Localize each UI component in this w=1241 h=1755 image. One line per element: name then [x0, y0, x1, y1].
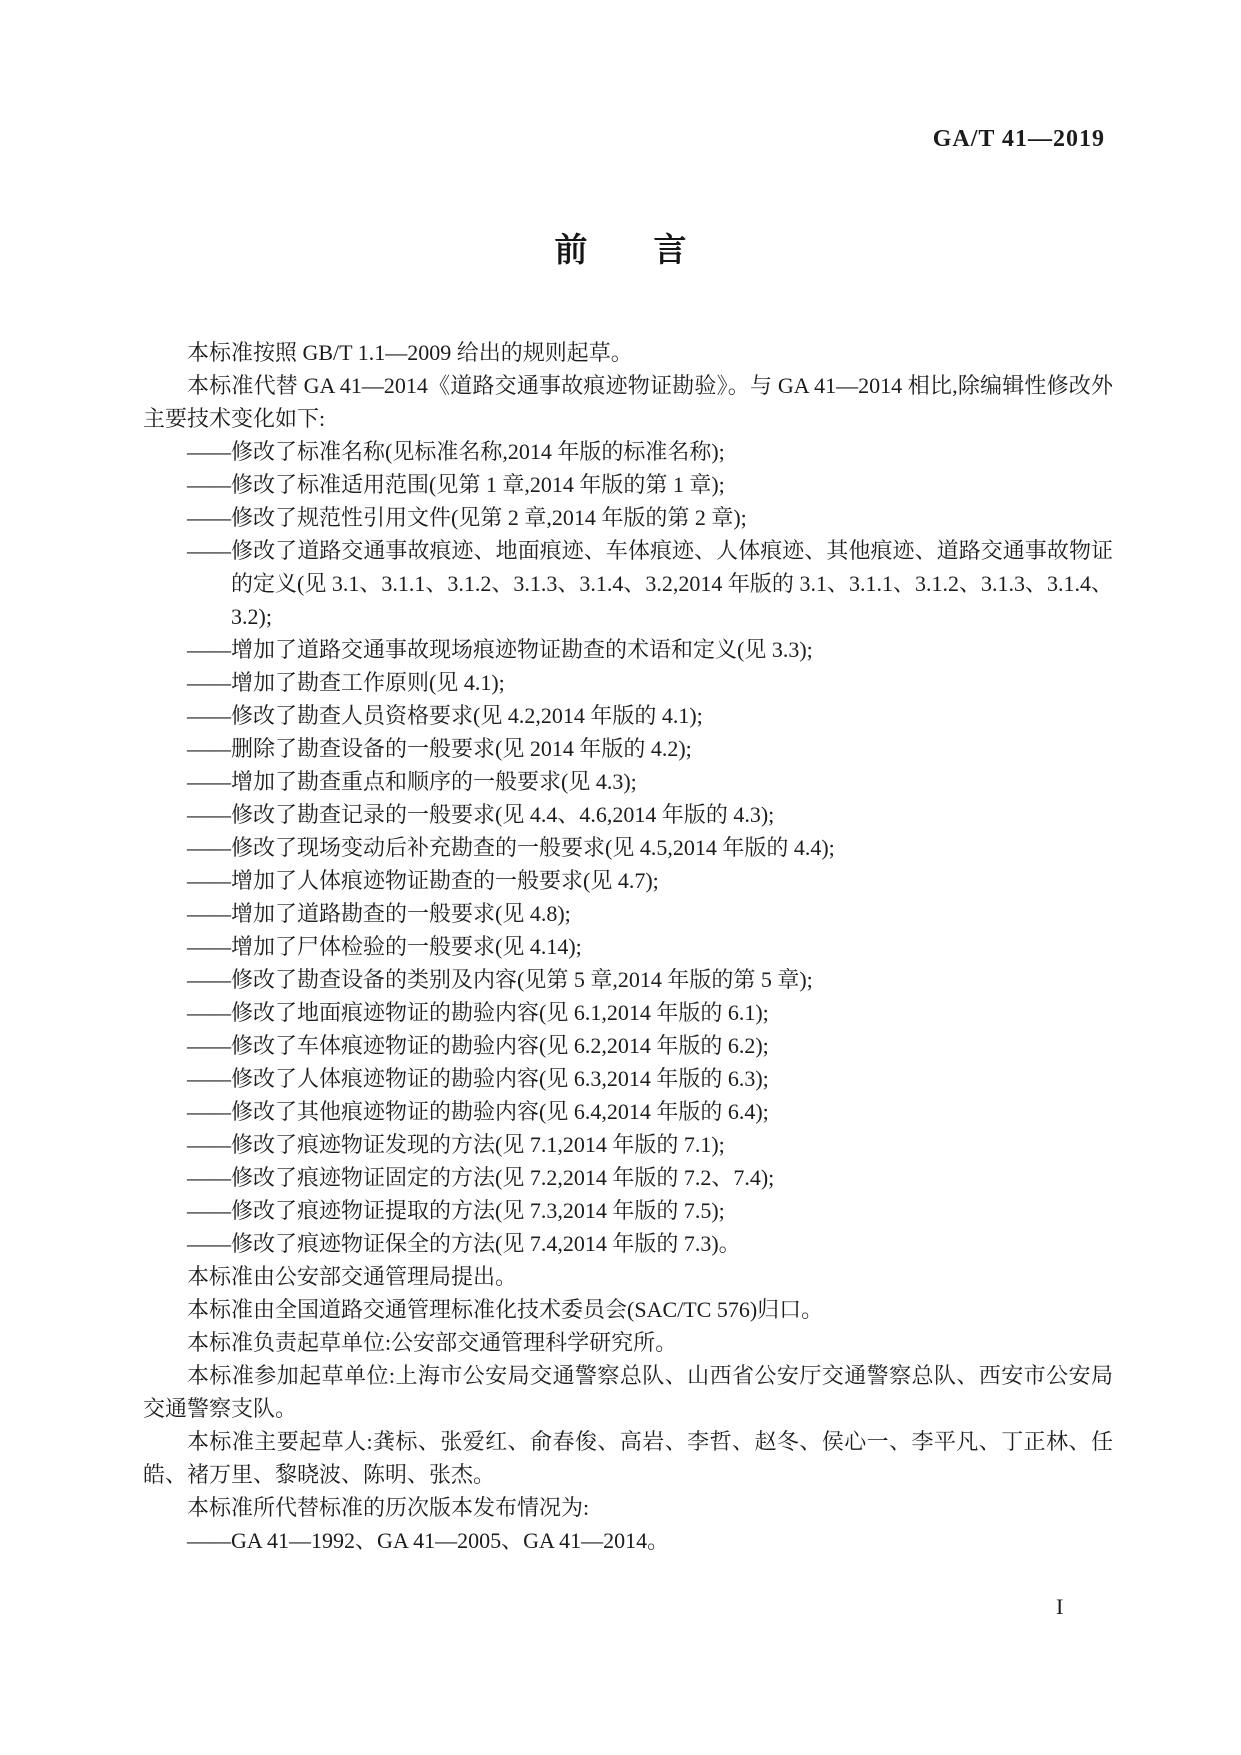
paragraph: 本标准代替 GA 41—2014《道路交通事故痕迹物证勘验》。与 GA 41—2… — [143, 369, 1113, 435]
dash-item: ——修改了痕迹物证提取的方法(见 7.3,2014 年版的 7.5); — [143, 1194, 1113, 1227]
dash-item: ——修改了痕迹物证保全的方法(见 7.4,2014 年版的 7.3)。 — [143, 1227, 1113, 1260]
dash-item: ——修改了现场变动后补充勘查的一般要求(见 4.5,2014 年版的 4.4); — [143, 831, 1113, 864]
page-number: I — [1056, 1594, 1063, 1620]
dash-item: ——修改了勘查人员资格要求(见 4.2,2014 年版的 4.1); — [143, 699, 1113, 732]
dash-item: ——修改了勘查设备的类别及内容(见第 5 章,2014 年版的第 5 章); — [143, 963, 1113, 996]
dash-item: ——修改了人体痕迹物证的勘验内容(见 6.3,2014 年版的 6.3); — [143, 1062, 1113, 1095]
foreword-title: 前 言 — [0, 230, 1241, 270]
dash-item: ——增加了道路勘查的一般要求(见 4.8); — [143, 897, 1113, 930]
dash-item: ——增加了勘查工作原则(见 4.1); — [143, 666, 1113, 699]
dash-item: ——删除了勘查设备的一般要求(见 2014 年版的 4.2); — [143, 732, 1113, 765]
dash-item: ——GA 41—1992、GA 41—2005、GA 41—2014。 — [143, 1524, 1113, 1557]
dash-item: ——修改了规范性引用文件(见第 2 章,2014 年版的第 2 章); — [143, 501, 1113, 534]
foreword-body: 本标准按照 GB/T 1.1—2009 给出的规则起草。本标准代替 GA 41—… — [143, 336, 1113, 1557]
dash-item: ——修改了车体痕迹物证的勘验内容(见 6.2,2014 年版的 6.2); — [143, 1029, 1113, 1062]
paragraph: 本标准由全国道路交通管理标准化技术委员会(SAC/TC 576)归口。 — [143, 1293, 1113, 1326]
dash-item: ——增加了尸体检验的一般要求(见 4.14); — [143, 930, 1113, 963]
dash-item: ——增加了道路交通事故现场痕迹物证勘查的术语和定义(见 3.3); — [143, 633, 1113, 666]
document-page: GA/T 41—2019 前 言 本标准按照 GB/T 1.1—2009 给出的… — [0, 0, 1241, 1755]
paragraph: 本标准按照 GB/T 1.1—2009 给出的规则起草。 — [143, 336, 1113, 369]
dash-item: ——修改了地面痕迹物证的勘验内容(见 6.1,2014 年版的 6.1); — [143, 996, 1113, 1029]
paragraph: 本标准所代替标准的历次版本发布情况为: — [143, 1491, 1113, 1524]
standard-number: GA/T 41—2019 — [933, 126, 1105, 153]
dash-item: ——修改了痕迹物证固定的方法(见 7.2,2014 年版的 7.2、7.4); — [143, 1161, 1113, 1194]
paragraph: 本标准主要起草人:龚标、张爱红、俞春俊、高岩、李哲、赵冬、侯心一、李平凡、丁正林… — [143, 1425, 1113, 1491]
dash-item: ——修改了标准适用范围(见第 1 章,2014 年版的第 1 章); — [143, 468, 1113, 501]
dash-item: ——增加了人体痕迹物证勘查的一般要求(见 4.7); — [143, 864, 1113, 897]
paragraph: 本标准参加起草单位:上海市公安局交通警察总队、山西省公安厅交通警察总队、西安市公… — [143, 1359, 1113, 1425]
dash-item: ——修改了道路交通事故痕迹、地面痕迹、车体痕迹、人体痕迹、其他痕迹、道路交通事故… — [143, 534, 1113, 633]
dash-item: ——增加了勘查重点和顺序的一般要求(见 4.3); — [143, 765, 1113, 798]
paragraph: 本标准负责起草单位:公安部交通管理科学研究所。 — [143, 1326, 1113, 1359]
dash-item: ——修改了勘查记录的一般要求(见 4.4、4.6,2014 年版的 4.3); — [143, 798, 1113, 831]
dash-item: ——修改了其他痕迹物证的勘验内容(见 6.4,2014 年版的 6.4); — [143, 1095, 1113, 1128]
dash-item: ——修改了痕迹物证发现的方法(见 7.1,2014 年版的 7.1); — [143, 1128, 1113, 1161]
dash-item: ——修改了标准名称(见标准名称,2014 年版的标准名称); — [143, 435, 1113, 468]
paragraph: 本标准由公安部交通管理局提出。 — [143, 1260, 1113, 1293]
